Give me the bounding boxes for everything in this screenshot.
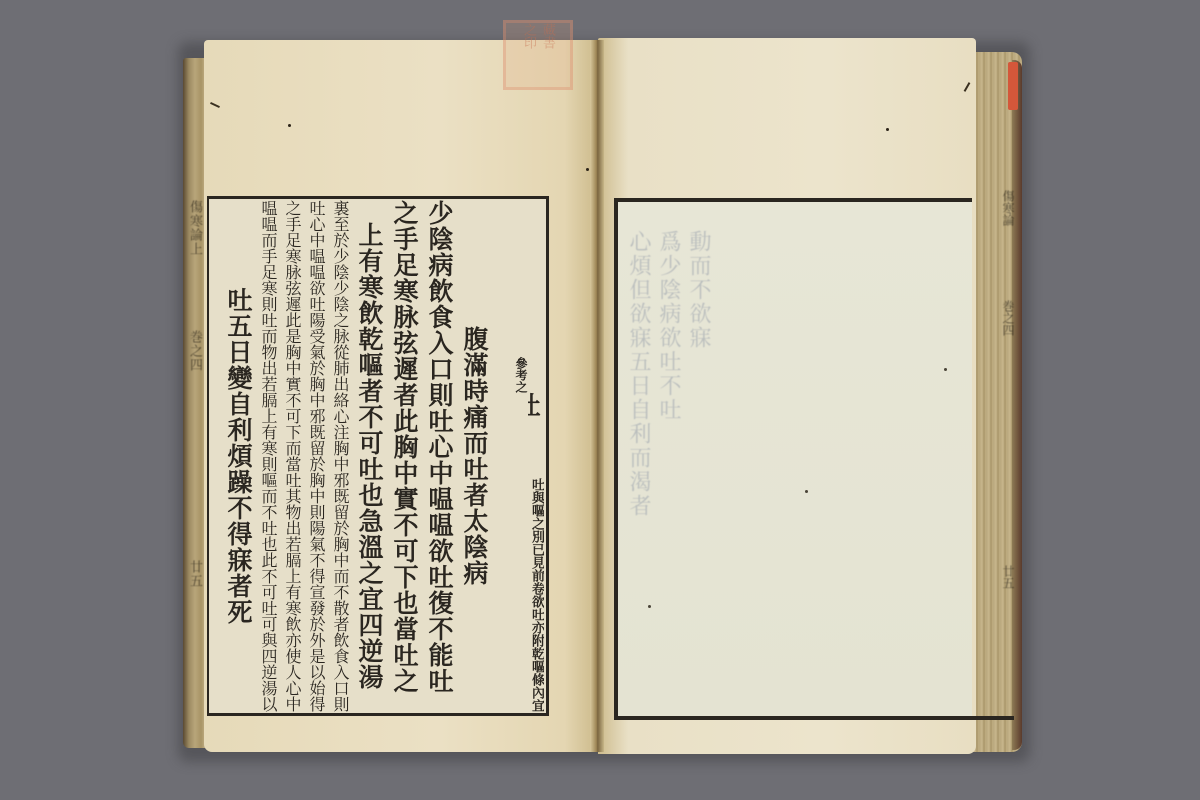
text-column: 上有寒飲乾嘔者不可吐也急溫之宜四逆湯 成傷寒 [352,200,387,712]
paper-speck [586,168,589,171]
text-column: 吐五日變自利煩躁不得寐者死 許叔微詳注 [221,200,256,712]
show-through-column: 爲少陰病欲吐不吐 [656,230,680,710]
commentary-block: 裏至於少陰少陰之脉從肺出絡心注胸中邪既留於胸中而不散者飲食入口則吐心中嗢嗢欲吐陽… [256,200,352,712]
left-text-block: 吐與嘔之別已見前卷欲吐亦附乾嘔條內宜 吐 參考之 腹滿時痛而吐者太陰病 論見腹滿… [214,200,544,712]
right-edge-mark-2: 巻之四 [974,300,1014,410]
text-column: 少陰病飲食入口則吐心中嗢嗢欲吐復不能吐始得 [422,200,457,712]
right-edge-mark-1: 傷寒論 [974,190,1014,300]
open-book: 傷寒論上 巻之四 廿五 傷寒論 巻之四 廿五 藏書之印 吐與嘔之別已見前卷欲吐亦… [0,0,1200,800]
right-edge-mark-3: 廿五 [974,565,1014,605]
text-column: 之手足寒脉弦遲者此胸中實不可下也當吐之若膈 [387,200,422,712]
commentary-text: 裏至於少陰少陰之脉從肺出絡心注胸中邪既留於胸中而不散者飲食入口則吐心中嗢嗢欲吐陽… [256,200,352,712]
paper-speck [288,124,291,127]
paper-speck [805,490,808,493]
show-through-column: 動而不欲寐 [686,230,710,710]
paper-speck [886,128,889,131]
show-through-column: 心煩但欲寐五日自利而渴者 [626,230,650,710]
red-tab-marker [1008,62,1018,110]
fore-edge-volume: 巻之四 [186,330,204,372]
paper-speck [944,368,947,371]
book-gutter [590,40,604,752]
note-right: 吐與嘔之別已見前卷欲吐亦附乾嘔條內宜 [524,478,544,712]
note-left: 參考之 [514,357,528,393]
frame-bottom-rule [614,716,1014,720]
fore-edge-page-number: 廿五 [186,560,204,588]
faded-seal-stamp: 藏書之印 [503,20,573,90]
show-through-text: 心煩但欲寐五日自利而渴者 爲少陰病欲吐不吐 動而不欲寐 [626,230,710,710]
fore-edge-label: 傷寒論上 [186,200,204,256]
text-column: 腹滿時痛而吐者太陰病 論見腹滿活人云理中湯主之 [457,200,492,712]
section-heading: 吐 [528,392,544,418]
paper-speck [648,605,651,608]
text-column: 吐與嘔之別已見前卷欲吐亦附乾嘔條內宜 吐 參考之 [492,200,544,712]
